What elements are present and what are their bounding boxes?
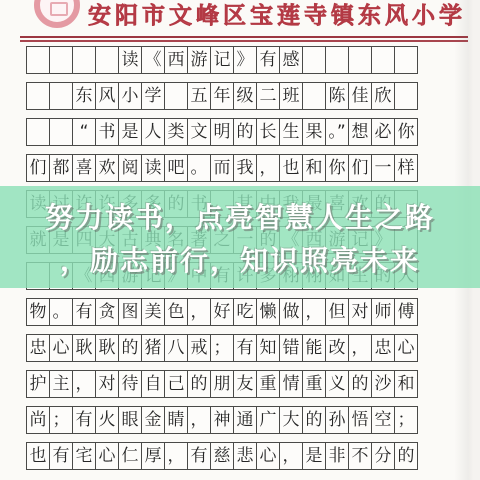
grid-cell: 朋 [210, 370, 234, 398]
grid-cell: 义 [325, 370, 349, 398]
grid-cell: 果 [302, 118, 326, 146]
school-name: 安阳市文峰区宝莲寺镇东风小学 [88, 2, 470, 30]
caption-line-2: ，励志前行，知识照亮未来 [60, 239, 420, 279]
grid-cell: 物 [26, 298, 50, 326]
grid-cell: 对 [95, 370, 119, 398]
grid-cell: 能 [302, 334, 326, 362]
grid-cell: 》 [233, 46, 257, 74]
grid-cell: 而 [210, 154, 234, 182]
grid-row: 也有宅心仁厚，有慈悲心，是非不分的 [26, 442, 454, 470]
grid-cell: 忠 [371, 334, 395, 362]
grid-cell: 心 [394, 334, 418, 362]
grid-cell: 通 [233, 406, 257, 434]
grid-cell: 不 [348, 442, 372, 470]
grid-row: 读《西游记》有感 [26, 46, 454, 74]
grid-cell: 大 [279, 406, 303, 434]
grid-cell: 类 [164, 118, 188, 146]
grid-cell: 金 [141, 406, 165, 434]
grid-cell: 是 [302, 442, 326, 470]
grid-cell: 情 [279, 370, 303, 398]
grid-cell: 。” [325, 118, 349, 146]
grid-cell [49, 118, 73, 146]
grid-cell: 年 [210, 82, 234, 110]
grid-cell: 学 [141, 82, 165, 110]
grid-cell: 想 [348, 118, 372, 146]
grid-cell: 八 [164, 334, 188, 362]
grid-cell: 五 [187, 82, 211, 110]
school-header: 安阳市文峰区宝莲寺镇东风小学 [0, 0, 480, 34]
grid-cell: ； [210, 334, 234, 362]
grid-cell: 的 [233, 118, 257, 146]
grid-cell: 耿 [72, 334, 96, 362]
grid-cell [371, 46, 395, 74]
grid-cell: 贪 [95, 298, 119, 326]
grid-cell [302, 82, 326, 110]
grid-cell: 吧 [164, 154, 188, 182]
grid-row: 护主，对待自己的朋友重情重义的沙和 [26, 370, 454, 398]
grid-cell: 懒 [256, 298, 280, 326]
grid-cell: 心 [95, 442, 119, 470]
grid-cell: 和 [394, 370, 418, 398]
grid-cell: 二 [256, 82, 280, 110]
grid-cell: 知 [256, 334, 280, 362]
grid-cell: 风 [95, 82, 119, 110]
grid-cell: 你 [394, 118, 418, 146]
grid-cell: 也 [279, 154, 303, 182]
grid-cell: 猪 [141, 334, 165, 362]
grid-cell: 的 [118, 334, 142, 362]
grid-cell: 但 [325, 298, 349, 326]
grid-cell: 样 [394, 154, 418, 182]
grid-row: 尚；有火眼金睛，神通广大的孙悟空； [26, 406, 454, 434]
grid-cell: ， [302, 298, 326, 326]
grid-cell: ， [256, 154, 280, 182]
grid-cell: 好 [210, 298, 234, 326]
grid-cell: 班 [279, 82, 303, 110]
grid-cell: 改 [325, 334, 349, 362]
grid-cell: 心 [49, 334, 73, 362]
grid-cell: 你 [325, 154, 349, 182]
grid-cell: 自 [141, 370, 165, 398]
grid-cell: 色 [164, 298, 188, 326]
grid-cell: 错 [279, 334, 303, 362]
grid-cell: 有 [233, 334, 257, 362]
grid-cell: 欣 [371, 82, 395, 110]
grid-cell: 小 [118, 82, 142, 110]
grid-cell: 孙 [325, 406, 349, 434]
grid-cell [49, 46, 73, 74]
grid-cell: 东 [72, 82, 96, 110]
grid-cell: 感 [279, 46, 303, 74]
grid-cell: 沙 [371, 370, 395, 398]
grid-cell: 西 [164, 46, 188, 74]
grid-cell: 们 [348, 154, 372, 182]
grid-cell: 都 [49, 154, 73, 182]
grid-cell: 是 [118, 118, 142, 146]
grid-cell: ， [348, 334, 372, 362]
grid-cell: 护 [26, 370, 50, 398]
grid-cell: 悟 [348, 406, 372, 434]
grid-cell: 友 [233, 370, 257, 398]
caption-line-1: 努力读书，点亮智慧人生之路 [45, 196, 435, 236]
grid-cell: 阅 [118, 154, 142, 182]
grid-cell: 对 [348, 298, 372, 326]
grid-cell: 的 [394, 442, 418, 470]
grid-cell: 仁 [118, 442, 142, 470]
grid-cell: 眼 [118, 406, 142, 434]
grid-cell [394, 82, 418, 110]
grid-cell: ， [164, 442, 188, 470]
grid-cell: 有 [72, 298, 96, 326]
grid-cell: 有 [187, 442, 211, 470]
grid-cell: ； [394, 406, 418, 434]
grid-cell: 一 [371, 154, 395, 182]
grid-cell: 长 [256, 118, 280, 146]
grid-row: 物。有贪图美色，好吃懒做，但对师傅 [26, 298, 454, 326]
grid-cell: 明 [210, 118, 234, 146]
grid-cell: 重 [302, 370, 326, 398]
seal-emblem [50, 2, 68, 16]
grid-cell: 慈 [210, 442, 234, 470]
grid-cell: 图 [118, 298, 142, 326]
grid-cell: 宅 [72, 442, 96, 470]
grid-cell [348, 46, 372, 74]
grid-cell: 悲 [233, 442, 257, 470]
grid-cell: 。 [49, 298, 73, 326]
grid-cell: ； [49, 406, 73, 434]
grid-cell: ， [187, 298, 211, 326]
grid-cell: 主 [49, 370, 73, 398]
grid-cell [26, 82, 50, 110]
grid-cell: 。 [187, 154, 211, 182]
grid-cell: 火 [95, 406, 119, 434]
school-seal-icon [34, 0, 80, 28]
grid-cell [394, 46, 418, 74]
grid-cell: 广 [256, 406, 280, 434]
grid-cell: 非 [325, 442, 349, 470]
grid-cell: 也 [26, 442, 50, 470]
grid-cell: 己 [164, 370, 188, 398]
grid-cell [95, 46, 119, 74]
grid-cell: 尚 [26, 406, 50, 434]
grid-cell: 忠 [26, 334, 50, 362]
grid-cell: 耿 [95, 334, 119, 362]
grid-cell: 喜 [72, 154, 96, 182]
grid-cell [49, 82, 73, 110]
grid-cell: 游 [187, 46, 211, 74]
grid-cell: 美 [141, 298, 165, 326]
grid-cell: 们 [26, 154, 50, 182]
grid-cell: 重 [256, 370, 280, 398]
grid-cell: 必 [371, 118, 395, 146]
grid-cell: 生 [279, 118, 303, 146]
grid-cell: 欢 [95, 154, 119, 182]
grid-cell [26, 46, 50, 74]
grid-cell [325, 46, 349, 74]
grid-cell: 和 [302, 154, 326, 182]
grid-cell: 佳 [348, 82, 372, 110]
grid-cell: 神 [210, 406, 234, 434]
grid-cell: ， [187, 406, 211, 434]
grid-row: 东风小学五年级二班陈佳欣 [26, 82, 454, 110]
grid-cell: 书 [95, 118, 119, 146]
grid-cell: 有 [72, 406, 96, 434]
grid-cell: 《 [141, 46, 165, 74]
grid-cell: ， [279, 442, 303, 470]
grid-cell: 厚 [141, 442, 165, 470]
grid-cell: 的 [302, 406, 326, 434]
grid-cell [164, 82, 188, 110]
grid-cell: 文 [187, 118, 211, 146]
grid-cell: 睛 [164, 406, 188, 434]
grid-cell: 待 [118, 370, 142, 398]
header-divider [20, 36, 468, 42]
grid-cell: 记 [210, 46, 234, 74]
grid-cell: 的 [187, 370, 211, 398]
grid-row: “书是人类文明的长生果。”想必你 [26, 118, 454, 146]
grid-cell [302, 46, 326, 74]
grid-cell: ， [72, 370, 96, 398]
essay-photo: 安阳市文峰区宝莲寺镇东风小学 读《西游记》有感东风小学五年级二班陈佳欣“书是人类… [0, 0, 480, 480]
grid-cell: 分 [371, 442, 395, 470]
grid-cell: 做 [279, 298, 303, 326]
grid-cell: 陈 [325, 82, 349, 110]
grid-cell: 我 [233, 154, 257, 182]
grid-cell: 心 [256, 442, 280, 470]
grid-cell: 师 [371, 298, 395, 326]
grid-cell: 傅 [394, 298, 418, 326]
grid-cell: 级 [233, 82, 257, 110]
grid-cell: 有 [256, 46, 280, 74]
grid-cell: 吃 [233, 298, 257, 326]
grid-cell [72, 46, 96, 74]
grid-cell: 戒 [187, 334, 211, 362]
grid-cell: “ [72, 118, 96, 146]
grid-cell: 人 [141, 118, 165, 146]
grid-cell: 的 [348, 370, 372, 398]
grid-cell [26, 118, 50, 146]
grid-row: 们都喜欢阅读吧。而我，也和你们一样 [26, 154, 454, 182]
grid-cell: 有 [49, 442, 73, 470]
grid-cell: 读 [118, 46, 142, 74]
grid-cell: 空 [371, 406, 395, 434]
grid-cell: 读 [141, 154, 165, 182]
caption-banner: 努力读书，点亮智慧人生之路 ，励志前行，知识照亮未来 [0, 186, 480, 288]
grid-row: 忠心耿耿的猪八戒；有知错能改，忠心 [26, 334, 454, 362]
